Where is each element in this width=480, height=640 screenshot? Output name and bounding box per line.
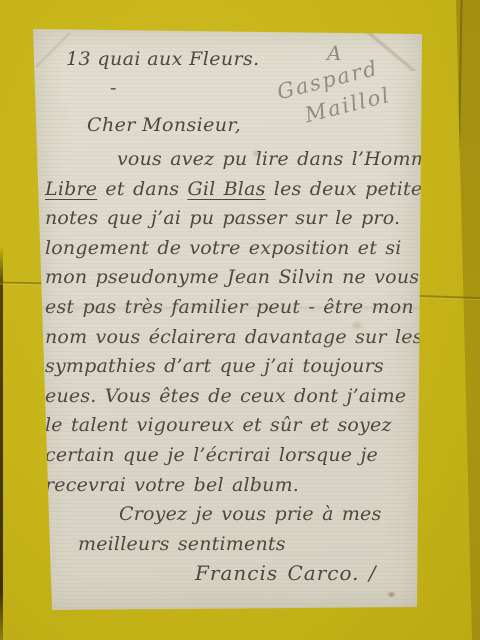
body-line-9: eues. Vous êtes de ceux dont j’aime [45,382,422,412]
body-line-5: mon pseudonyme Jean Silvin ne vous [45,263,422,293]
paper-stain [387,591,396,598]
salutation: Cher Monsieur, [87,114,241,136]
address-line: 13 quai aux Fleurs. [66,48,260,70]
body-line-2-text-end: les deux petites [266,178,433,200]
backdrop-right-fold [455,0,480,640]
body-line-1: vous avez pu lire dans l’Homme [45,145,422,175]
body-line-6: est pas très familier peut - être mon [45,293,422,323]
letter-body: vous avez pu lire dans l’Homme Libre et … [45,145,422,589]
body-line-11: certain que je l’écrirai lorsque je [45,441,422,471]
body-line-2: Libre et dans Gil Blas les deux petites [45,175,422,205]
body-line-4: longement de votre exposition et si [45,234,422,264]
body-line-10: le talent vigoureux et sûr et soyez [45,411,422,441]
signature: Francis Carco. / [45,559,422,589]
body-line-8: sympathies d’art que j’ai toujours [45,352,422,382]
underlined-title-gil-blas: Gil Blas [187,178,265,200]
address-dash: - [110,77,116,99]
letter-paper: 13 quai aux Fleurs. - A Gaspard Maillol … [33,27,422,612]
body-line-7: nom vous éclairera davantage sur les [45,323,422,353]
body-line-12: recevrai votre bel album. [45,471,422,501]
underlined-title-libre: Libre [45,178,97,200]
body-line-3: notes que j’ai pu passer sur le pro. [45,204,422,234]
body-line-2-text: et dans [97,178,187,200]
backdrop-left-edge [0,246,3,640]
closing-line-1: Croyez je vous prie à mes [45,500,422,530]
pencil-annotation-a: A [327,41,341,65]
closing-line-2: meilleurs sentiments [45,530,422,560]
photo-backdrop: 13 quai aux Fleurs. - A Gaspard Maillol … [0,0,480,640]
